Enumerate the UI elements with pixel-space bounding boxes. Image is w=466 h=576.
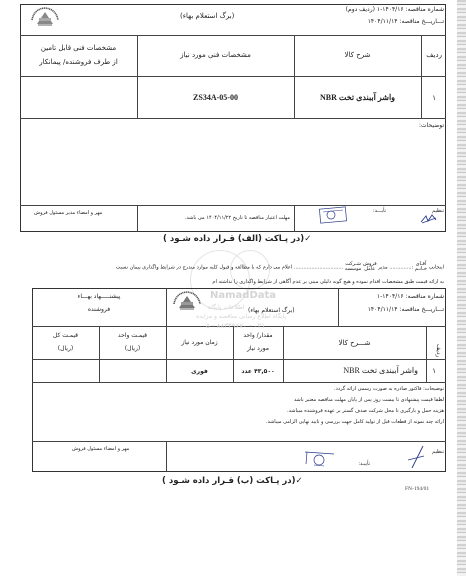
tender-date-label: تـــاریـــخ مناقصه: — [399, 18, 444, 25]
col-total-price-line1: قیمـت کل — [32, 332, 99, 339]
divider — [294, 205, 295, 232]
validity-label: مهلت اعتبار مناقصه تا تاریخ — [233, 215, 290, 221]
col-unit-price-line2: (ریال) — [99, 345, 166, 352]
tender-date-value: ۱۴۰۴/۱۱/۱۴ — [368, 306, 398, 313]
note-line: ارائه چند نمونه از قطعات قبل از تولید کا… — [266, 419, 444, 425]
row-number: ۱ — [432, 94, 436, 102]
divider — [20, 205, 446, 206]
declaration-line1: اینجانب آقـای خـانـم :.............. مدی… — [116, 262, 444, 272]
madam-option: خـانـم — [415, 266, 427, 272]
validity-date: ۱۴۰۴/۱۱/۲۲ — [206, 215, 231, 221]
col-total-price-line2: (ریال) — [32, 345, 99, 352]
stamp-label: مهر و امضاء مسئول فروش — [72, 446, 129, 452]
row-time: فوری — [166, 368, 233, 375]
offer-subtitle: فروشنده — [32, 306, 166, 313]
company-logo-icon — [30, 6, 60, 26]
declaration-rest: اعلام می دارم که با مطالعه و قبول کلیه م… — [116, 265, 293, 271]
sales-agent-choice: فروش عامل — [363, 262, 377, 272]
company-logo-icon — [172, 290, 202, 310]
divider — [32, 441, 446, 442]
tender-number-label: شماره مناقصه: — [406, 6, 444, 13]
col-row: ردیف — [435, 344, 442, 357]
check-icon: ✓ — [304, 234, 311, 244]
watermark-line: پایگاه اطلاع رسانی مناقصه و مزایده — [196, 313, 286, 320]
divider — [426, 326, 427, 382]
row-number: ۱ — [432, 367, 436, 375]
divider — [137, 35, 138, 118]
divider — [294, 35, 295, 118]
divider — [283, 326, 284, 382]
signature-icon — [420, 212, 438, 226]
col-qty-line2: مورد نیاز — [233, 345, 283, 352]
signature-icon — [406, 444, 426, 470]
declaration-intro: اینجانب — [429, 265, 444, 271]
note-line: لطفا قیمت پیشنهادی تا بیست روز پس از پای… — [294, 397, 444, 403]
watermark-brand: NamadData — [210, 290, 276, 301]
col-supplier-spec-line1: مشخصات فنی قابل تامین — [20, 44, 137, 52]
tender-date: تـــاریـــخ مناقصه: ۱۴۰۴/۱۱/۱۴ — [368, 18, 444, 25]
tender-date-label: تـــاریـــخ مناقصه: — [399, 306, 444, 313]
divider — [20, 35, 446, 36]
divider — [166, 288, 167, 326]
col-description: شرح کالا — [294, 51, 421, 59]
manager-label: مدیر — [378, 265, 387, 271]
tender-number-value: ۱۴۰۴/۱۶-۱ (ردیف دوم) — [346, 6, 404, 13]
col-required-spec: مشخصات فنی مورد نیاز — [137, 51, 294, 59]
packet-b-note: ✓(در پـاکت (ب) قـرار داده شـود ) — [162, 476, 303, 486]
packet-a-text: (در پـاکت (الف) قـرار داده شـود ) — [163, 234, 304, 244]
divider — [166, 441, 167, 472]
row-required-spec: ZS34A-05-00 — [137, 93, 294, 102]
row-description: واشر آببندی تخت NBR — [343, 366, 418, 375]
tender-number-value: ۱۴۰۴/۱۶-۱ — [377, 293, 404, 300]
notes-label: توضیحات: — [419, 122, 444, 129]
packet-b-text: (در پـاکت (ب) قـرار داده شـود ) — [162, 476, 296, 486]
bottom-tender-number: شماره مناقصه: ۱۴۰۴/۱۶-۱ — [377, 293, 444, 300]
stamp-label: مهر و امضاء مدیر مسئول فروش — [34, 210, 102, 216]
watermark-phone: ۰۲۱ - ۸۸۳۴۹۶۷۰ - ۵ — [206, 322, 265, 330]
tender-number-label: شماره مناقصه: — [406, 293, 444, 300]
institute-option: موسسه — [345, 266, 362, 272]
divider — [421, 35, 422, 118]
form-title: (برگ استعلام بهاء) — [180, 12, 234, 20]
col-time: زمان مورد نیاز — [166, 339, 233, 346]
company-blank[interactable]: ............................... — [294, 265, 343, 271]
form-code: FN-194/01 — [405, 486, 429, 492]
row-description: واشر آببندی تخت NBR — [294, 93, 421, 102]
col-unit-price-line1: قیمـت واحد — [99, 332, 166, 339]
check-icon: ✓ — [296, 476, 303, 486]
approved-label: تأیـــد: — [373, 208, 386, 214]
divider — [32, 359, 446, 360]
prepared-label: تنظیم — [432, 449, 444, 455]
tender-number: شماره مناقصه: ۱۴۰۴/۱۶-۱ (ردیف دوم) — [346, 6, 444, 13]
divider — [20, 76, 446, 77]
col-row: ردیف — [426, 51, 442, 59]
col-supplier-spec-line2: از طرف فروشنده/ پیمانکار — [20, 58, 137, 66]
col-description: شـــرح کالا — [283, 339, 426, 347]
divider — [338, 288, 339, 326]
packet-a-note: ✓(در پـاکت (الف) قـرار داده شـود ) — [163, 234, 311, 244]
name-blank[interactable]: :.............. — [389, 265, 413, 271]
declaration-line2: به ارائه قیمت طبق مشخصات اقدام نموده و ه… — [212, 279, 444, 285]
divider — [137, 205, 138, 232]
stamp-signature-icon — [318, 206, 348, 226]
divider — [32, 382, 446, 383]
agent-option: عامل — [364, 266, 375, 272]
bottom-tender-date: تـــاریـــخ مناقصه: ۱۴۰۴/۱۱/۱۴ — [368, 306, 444, 313]
note-line: هزینه حمل و بارگیری تا محل شرکت صدف گستر… — [287, 408, 444, 414]
validity-text: مهلت اعتبار مناقصه تا تاریخ ۱۴۰۴/۱۱/۲۲ م… — [185, 215, 290, 221]
col-qty-line1: مقدار/ واحد — [233, 332, 283, 339]
offer-title: پیشنـــــهاد بهـــاء — [32, 293, 166, 300]
divider — [20, 118, 446, 119]
validity-suffix: می باشد. — [185, 215, 205, 221]
row-qty: ۴۳,۵۰۰ عدد — [233, 368, 283, 375]
note-line: توضیحات: فاکتور صادره به صورت رسمی ارائه… — [334, 386, 444, 392]
stamp-signature-icon — [302, 446, 338, 470]
watermark-faded: اطلاعات پایگاه — [208, 304, 244, 311]
company-institute-choice: شـرکت موسسه — [345, 262, 362, 272]
approved-label: تأییـد: — [358, 461, 370, 467]
scan-edge-artifact — [457, 0, 466, 576]
tender-date-value: ۱۴۰۴/۱۱/۱۴ — [368, 18, 398, 25]
sir-madam-choice: آقـای خـانـم — [415, 262, 427, 272]
